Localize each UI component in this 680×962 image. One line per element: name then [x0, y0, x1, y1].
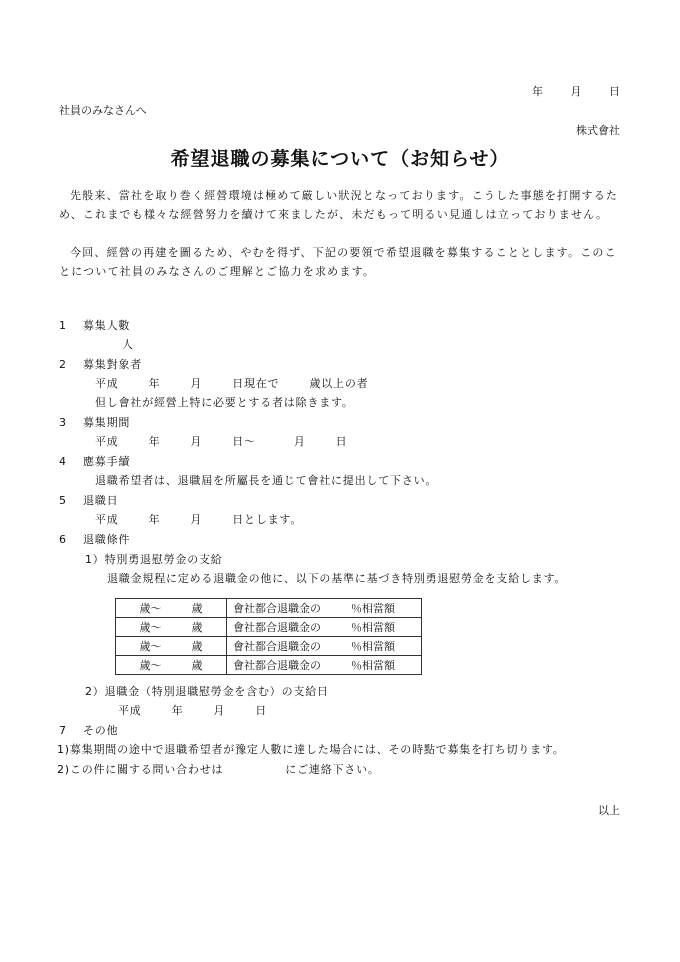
item-2-heading: 2募集對象者 [59, 355, 142, 374]
table-row: 歲～歲 會社都合退職金の％相當額 [116, 599, 422, 618]
table-row: 歲～歲 會社都合退職金の％相當額 [116, 656, 422, 675]
item-3-heading: 3募集期間 [59, 413, 130, 432]
document-title: 希望退職の募集について（お知らせ） [0, 144, 680, 171]
date-month: 月 [571, 83, 582, 99]
item-7-line-2: 2)この件に關する問い合わせはにご連絡下さい。 [57, 760, 380, 779]
item-4-line-1: 退職希望者は、退職屆を所屬長を通じて會社に提出して下さい。 [95, 471, 437, 490]
item-6-sub-2-date: 平成年月日 [118, 701, 267, 720]
age-range-cell: 歲～歲 [116, 599, 227, 618]
amount-cell: 會社都合退職金の％相當額 [227, 637, 422, 656]
amount-cell: 會社都合退職金の％相當額 [227, 618, 422, 637]
table-row: 歲～歲 會社都合退職金の％相當額 [116, 618, 422, 637]
item-5-date: 平成年月日とします。 [95, 510, 302, 529]
closing-text: 以上 [598, 802, 620, 818]
age-range-cell: 歲～歲 [116, 618, 227, 637]
retirement-allowance-table: 歲～歲 會社都合退職金の％相當額 歲～歲 會社都合退職金の％相當額 歲～歲 會社… [115, 598, 422, 675]
addressee: 社員のみなさんへ [59, 102, 147, 118]
sender-company: 株式會社 [576, 122, 620, 138]
item-5-heading: 5退職日 [59, 491, 118, 510]
item-7-line-1: 1)募集期間の途中で退職希望者が豫定人數に達した場合には、その時點で募集を打ち切… [57, 740, 565, 759]
amount-cell: 會社都合退職金の％相當額 [227, 656, 422, 675]
item-6-sub-2-label: 2）退職金（特別退職慰勞金を含む）の支給日 [85, 682, 329, 701]
item-6-heading: 6退職條件 [59, 530, 130, 549]
item-2-line-1: 平成年月日現在で歲以上の者 [95, 374, 368, 393]
item-1-value: 人 [122, 335, 134, 354]
date-year: 年 [532, 83, 543, 99]
intro-paragraph-2: 今回、經營の再建を圖るため、やむを得ず、下記の要領で希望退職を募集することとしま… [59, 243, 624, 281]
age-range-cell: 歲～歲 [116, 656, 227, 675]
amount-cell: 會社都合退職金の％相當額 [227, 599, 422, 618]
item-1-heading: 1募集人數 [59, 316, 130, 335]
date-line: 年 月 日 [508, 83, 620, 99]
item-4-heading: 4應募手續 [59, 452, 130, 471]
item-7-heading: 7その他 [59, 721, 118, 740]
age-range-cell: 歲～歲 [116, 637, 227, 656]
item-3-period: 平成年月日～月日 [95, 432, 347, 451]
item-6-sub-1-desc: 退職金規程に定める退職金の他に、以下の基準に基づき特別勇退慰勞金を支給します。 [107, 569, 566, 588]
item-2-line-2: 但し會社が經營上特に必要とする者は除きます。 [95, 393, 354, 412]
intro-paragraph-1: 先般来、當社を取り巻く經營環境は極めて厳しい狀況となっております。こうした事態を… [59, 186, 624, 224]
table-row: 歲～歲 會社都合退職金の％相當額 [116, 637, 422, 656]
item-6-sub-1-label: 1）特別勇退慰勞金の支給 [85, 550, 223, 569]
date-day: 日 [609, 83, 620, 99]
